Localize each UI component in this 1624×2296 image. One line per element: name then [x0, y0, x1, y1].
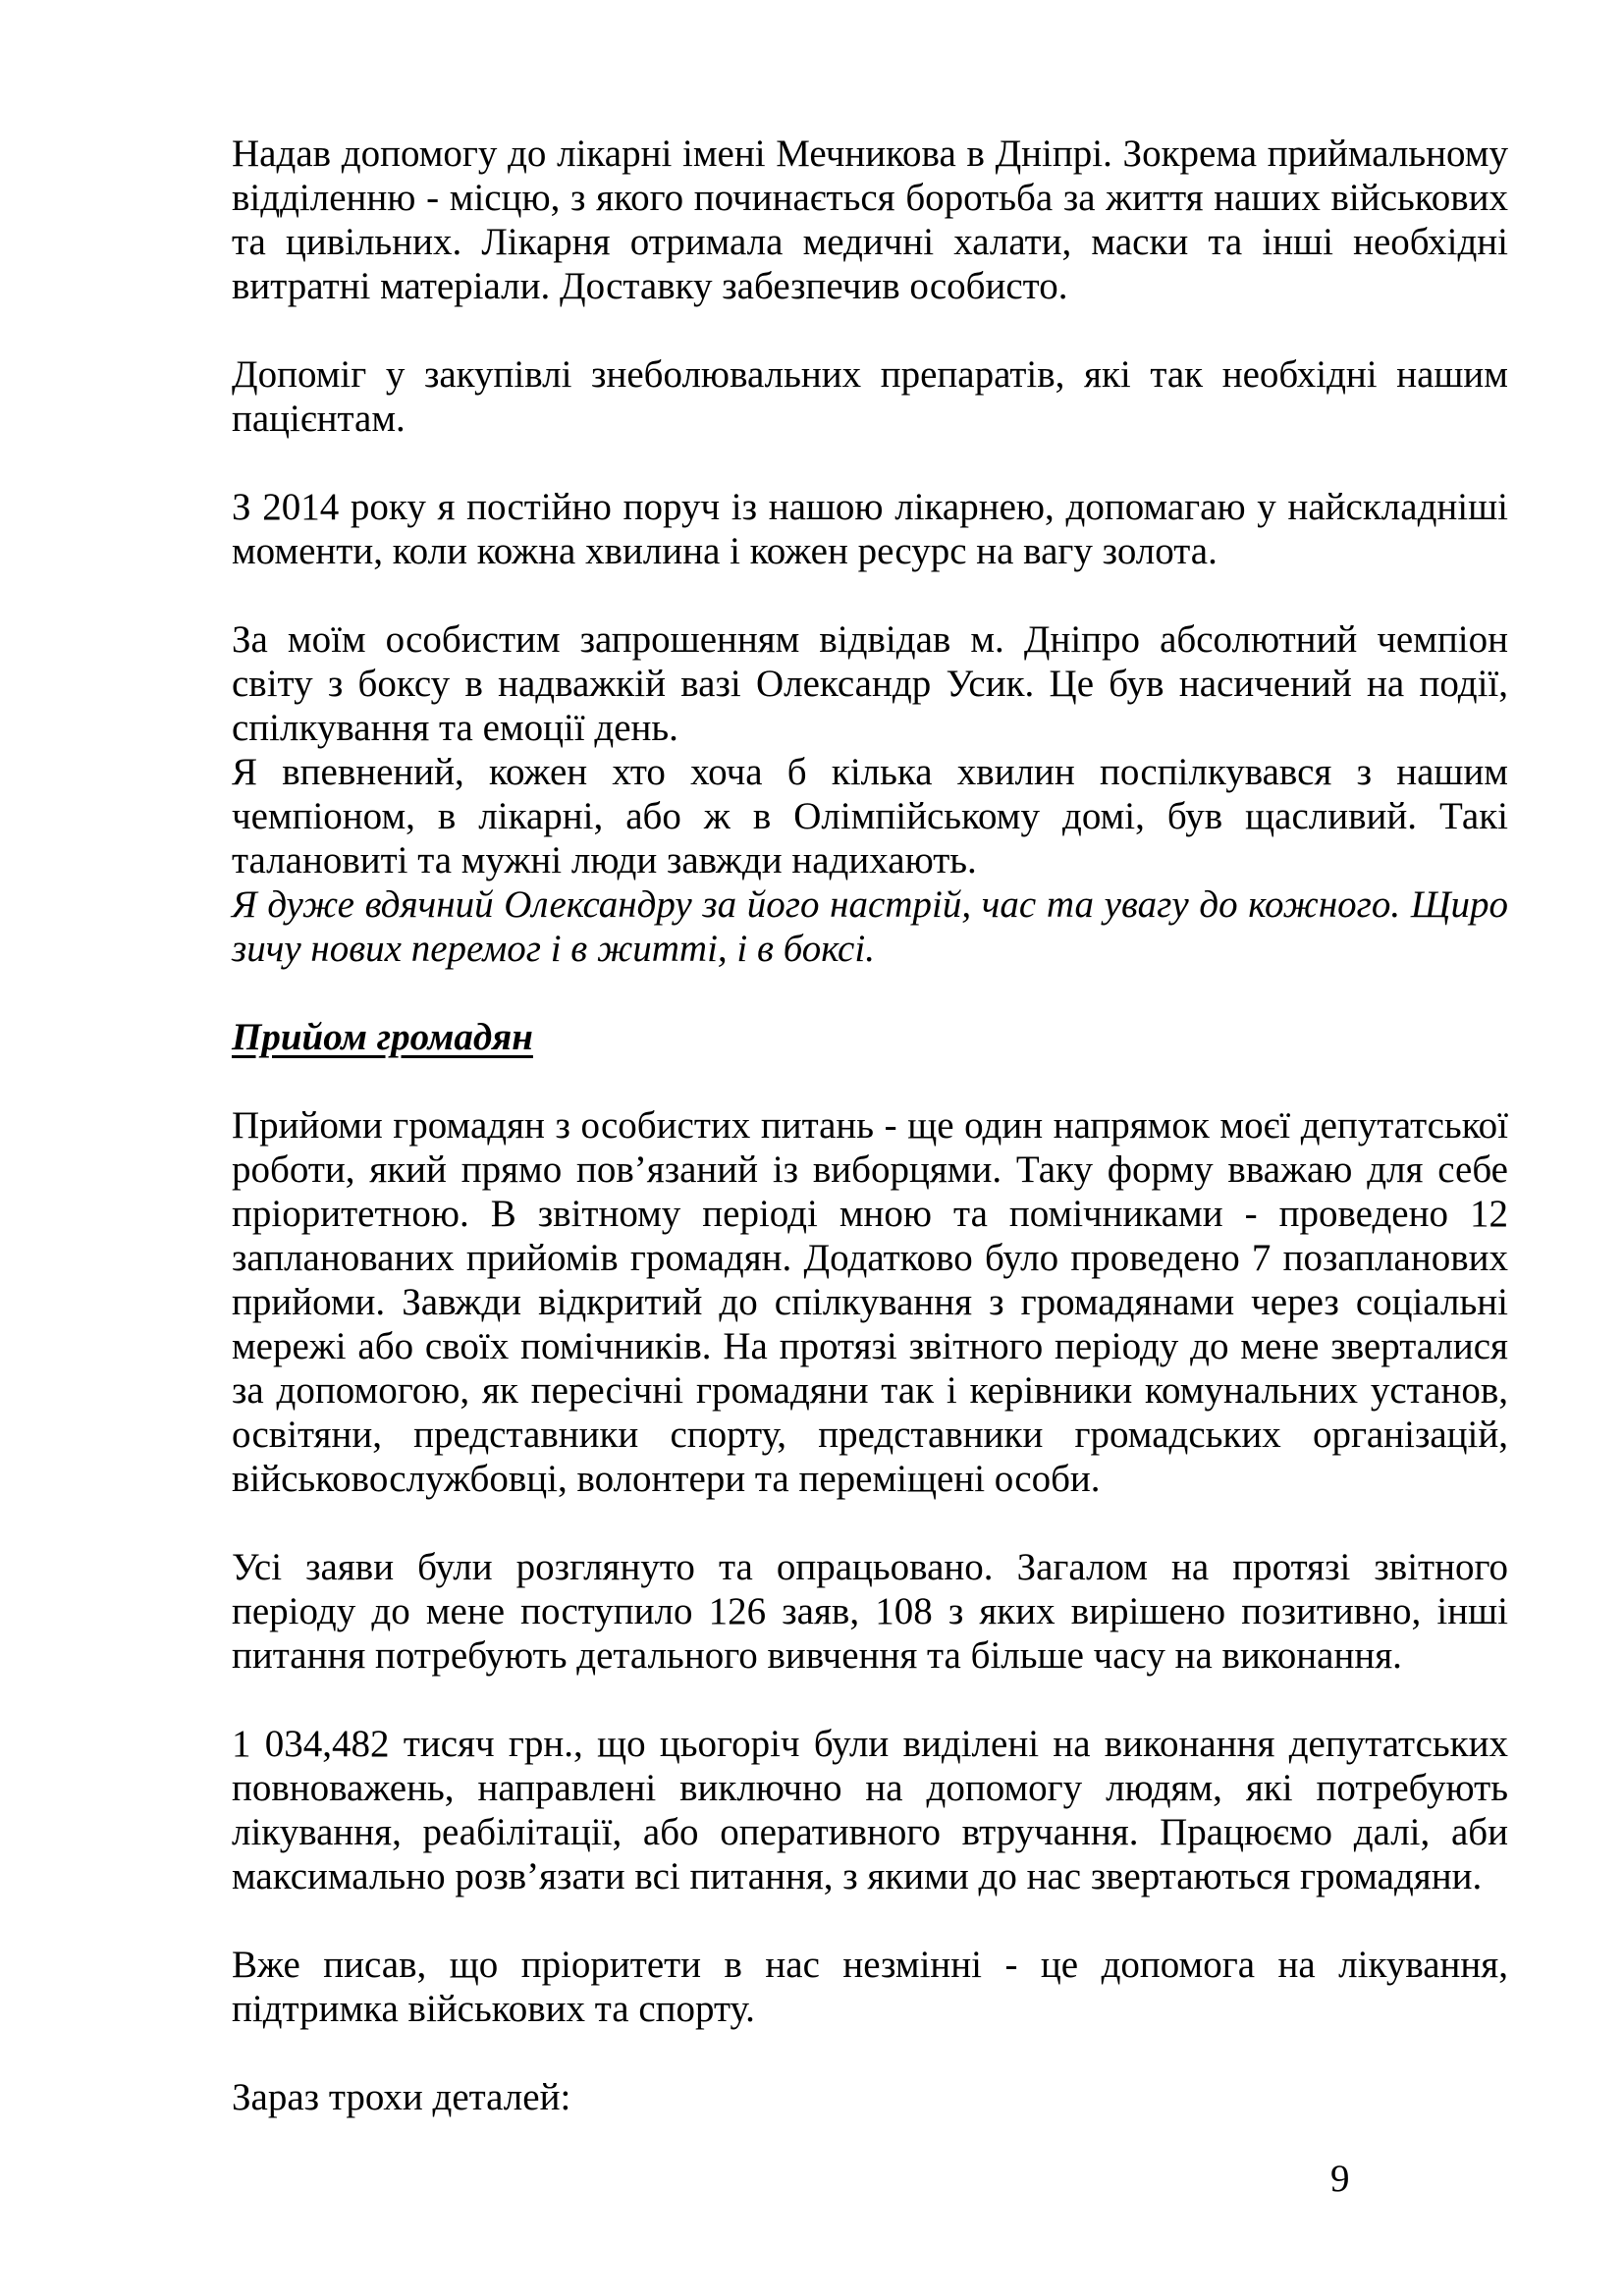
page-number: 9: [1330, 2157, 1350, 2201]
paragraph-hospital-aid: Надав допомогу до лікарні імені Мечников…: [232, 132, 1508, 308]
section-heading-citizens-reception: Прийом громадян: [232, 1015, 1508, 1059]
paragraph-since-2014: З 2014 року я постійно поруч із нашою лі…: [232, 485, 1508, 573]
paragraph-usyk-invitation: За моїм особистим запрошенням відвідав м…: [232, 617, 1508, 750]
paragraph-painkillers: Допоміг у закупівлі знеболювальних препа…: [232, 352, 1508, 441]
paragraph-applications-stats: Усі заяви були розглянуто та опрацьовано…: [232, 1545, 1508, 1678]
document-body: Надав допомогу до лікарні імені Мечников…: [232, 132, 1508, 2163]
paragraph-group-usyk-visit: За моїм особистим запрошенням відвідав м…: [232, 617, 1508, 971]
paragraph-priorities: Вже писав, що пріоритети в нас незмінні …: [232, 1943, 1508, 2031]
paragraph-usyk-impression: Я впевнений, кожен хто хоча б кілька хви…: [232, 750, 1508, 882]
document-page: Надав допомогу до лікарні імені Мечников…: [0, 0, 1624, 2296]
paragraph-usyk-gratitude: Я дуже вдячний Олександру за його настрі…: [232, 882, 1508, 971]
paragraph-details-intro: Зараз трохи деталей:: [232, 2075, 1508, 2119]
paragraph-receptions-overview: Прийоми громадян з особистих питань - ще…: [232, 1103, 1508, 1501]
paragraph-funds-allocation: 1 034,482 тисяч грн., що цьогоріч були в…: [232, 1722, 1508, 1898]
